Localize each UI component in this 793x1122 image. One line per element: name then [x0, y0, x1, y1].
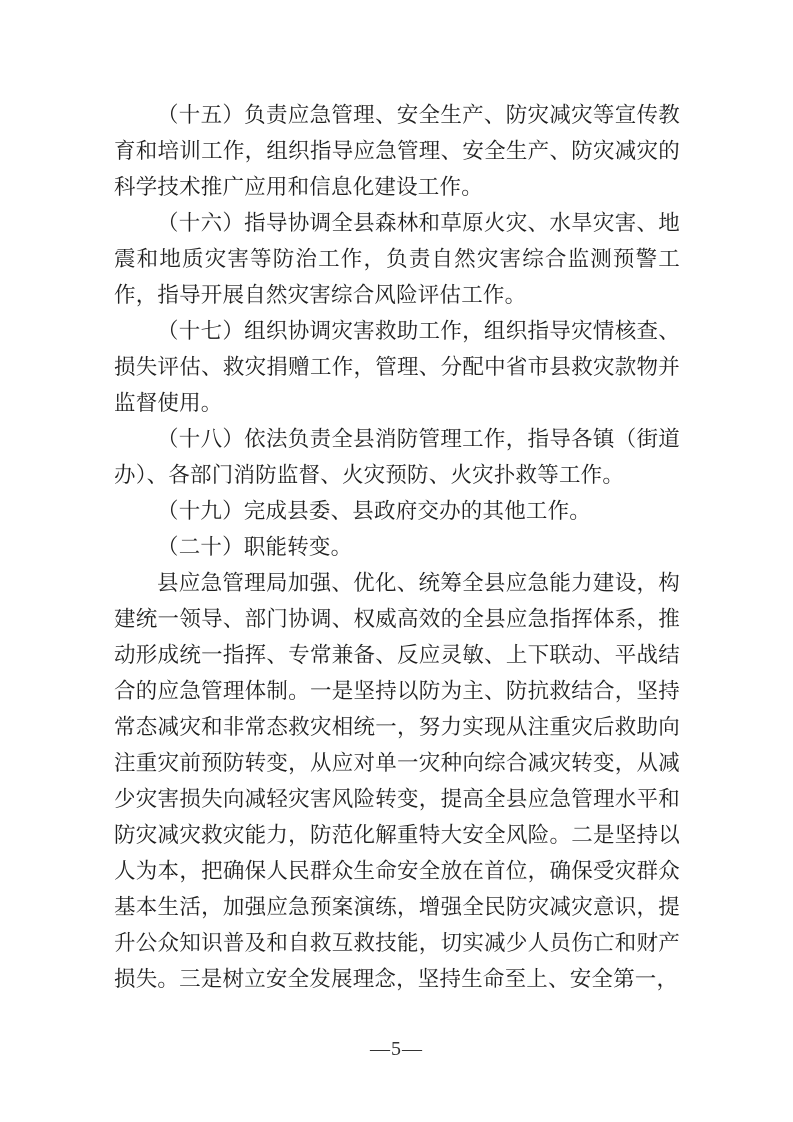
document-body: （十五）负责应急管理、安全生产、防灾减灾等宣传教育和培训工作，组织指导应急管理、… — [114, 97, 680, 997]
paragraph-item-18: （十八）依法负责全县消防管理工作，指导各镇（街道办）、各部门消防监督、火灾预防、… — [114, 421, 680, 493]
page-number: —5— — [0, 1034, 793, 1064]
paragraph-item-17: （十七）组织协调灾害救助工作，组织指导灾情核查、损失评估、救灾捐赠工作，管理、分… — [114, 313, 680, 421]
paragraph-function-transition: 县应急管理局加强、优化、统筹全县应急能力建设，构建统一领导、部门协调、权威高效的… — [114, 565, 680, 997]
document-page: （十五）负责应急管理、安全生产、防灾减灾等宣传教育和培训工作，组织指导应急管理、… — [0, 0, 793, 1122]
paragraph-item-19: （十九）完成县委、县政府交办的其他工作。 — [114, 493, 680, 529]
paragraph-item-15: （十五）负责应急管理、安全生产、防灾减灾等宣传教育和培训工作，组织指导应急管理、… — [114, 97, 680, 205]
paragraph-item-16: （十六）指导协调全县森林和草原火灾、水旱灾害、地震和地质灾害等防治工作，负责自然… — [114, 205, 680, 313]
paragraph-item-20: （二十）职能转变。 — [114, 529, 680, 565]
